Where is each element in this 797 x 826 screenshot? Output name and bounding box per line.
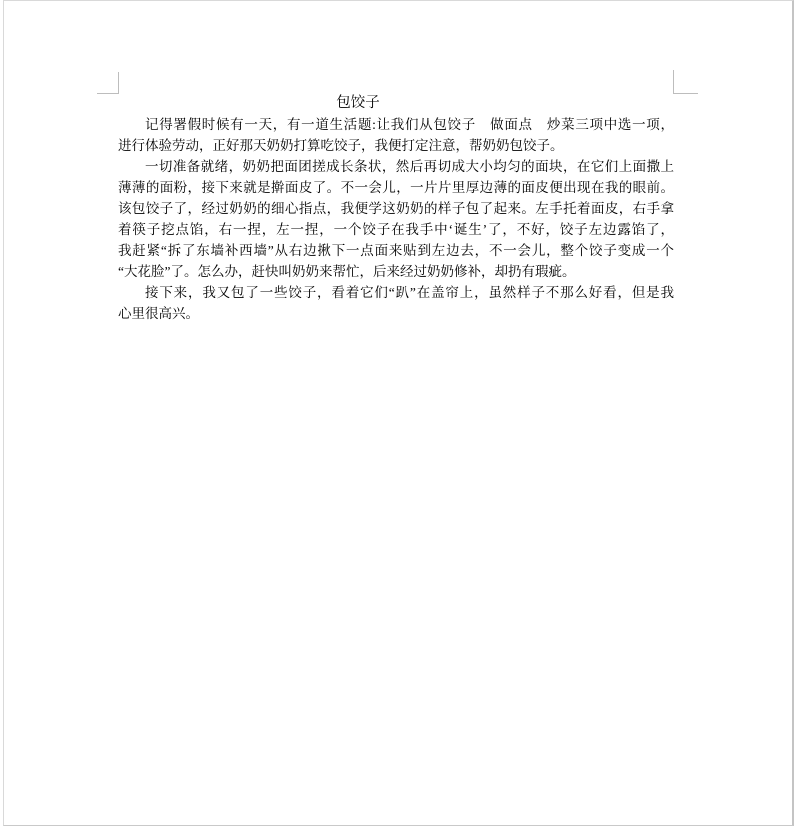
document-text-line: “大花脸”了。怎么办，赶快叫奶奶来帮忙，后来经过奶奶修补，却扔有瑕疵。: [118, 261, 674, 282]
document-text-line: 该包饺子了，经过奶奶的细心指点，我便学这奶奶的样子包了起来。左手托着面皮，右手拿: [118, 198, 674, 219]
document-title: 包饺子: [118, 93, 674, 114]
document-text-line: 进行体验劳动，正好那天奶奶打算吃饺子，我便打定注意，帮奶奶包饺子。: [118, 135, 674, 156]
document-text-line: 我赶紧“拆了东墙补西墙”从右边揪下一点面来贴到左边去，不一会儿，整个饺子变成一个: [118, 240, 674, 261]
text-boundary-mark-top-left: [97, 72, 119, 94]
document-text-line: 着筷子挖点馅，右一捏，左一捏，一个饺子在我手中‘诞生’了，不好，饺子左边露馅了，: [118, 219, 674, 240]
document-text-line: 接下来，我又包了一些饺子，看着它们“趴”在盖帘上，虽然样子不那么好看，但是我: [118, 282, 674, 303]
text-boundary-mark-top-right: [673, 70, 698, 94]
document-text-line: 一切准备就绪，奶奶把面团搓成长条状，然后再切成大小均匀的面块，在它们上面撒上: [118, 156, 674, 177]
document-text-line: 记得署假时候有一天，有一道生活题:让我们从包饺子 做面点 炒菜三项中选一项，: [118, 114, 674, 135]
document-text-line: 薄薄的面粉，接下来就是擀面皮了。不一会儿，一片片里厚边薄的面皮便出现在我的眼前。: [118, 177, 674, 198]
paragraphs: 记得署假时候有一天，有一道生活题:让我们从包饺子 做面点 炒菜三项中选一项，进行…: [118, 114, 674, 324]
document-text-area[interactable]: 包饺子 记得署假时候有一天，有一道生活题:让我们从包饺子 做面点 炒菜三项中选一…: [118, 93, 674, 324]
document-text-line: 心里很高兴。: [118, 303, 674, 324]
